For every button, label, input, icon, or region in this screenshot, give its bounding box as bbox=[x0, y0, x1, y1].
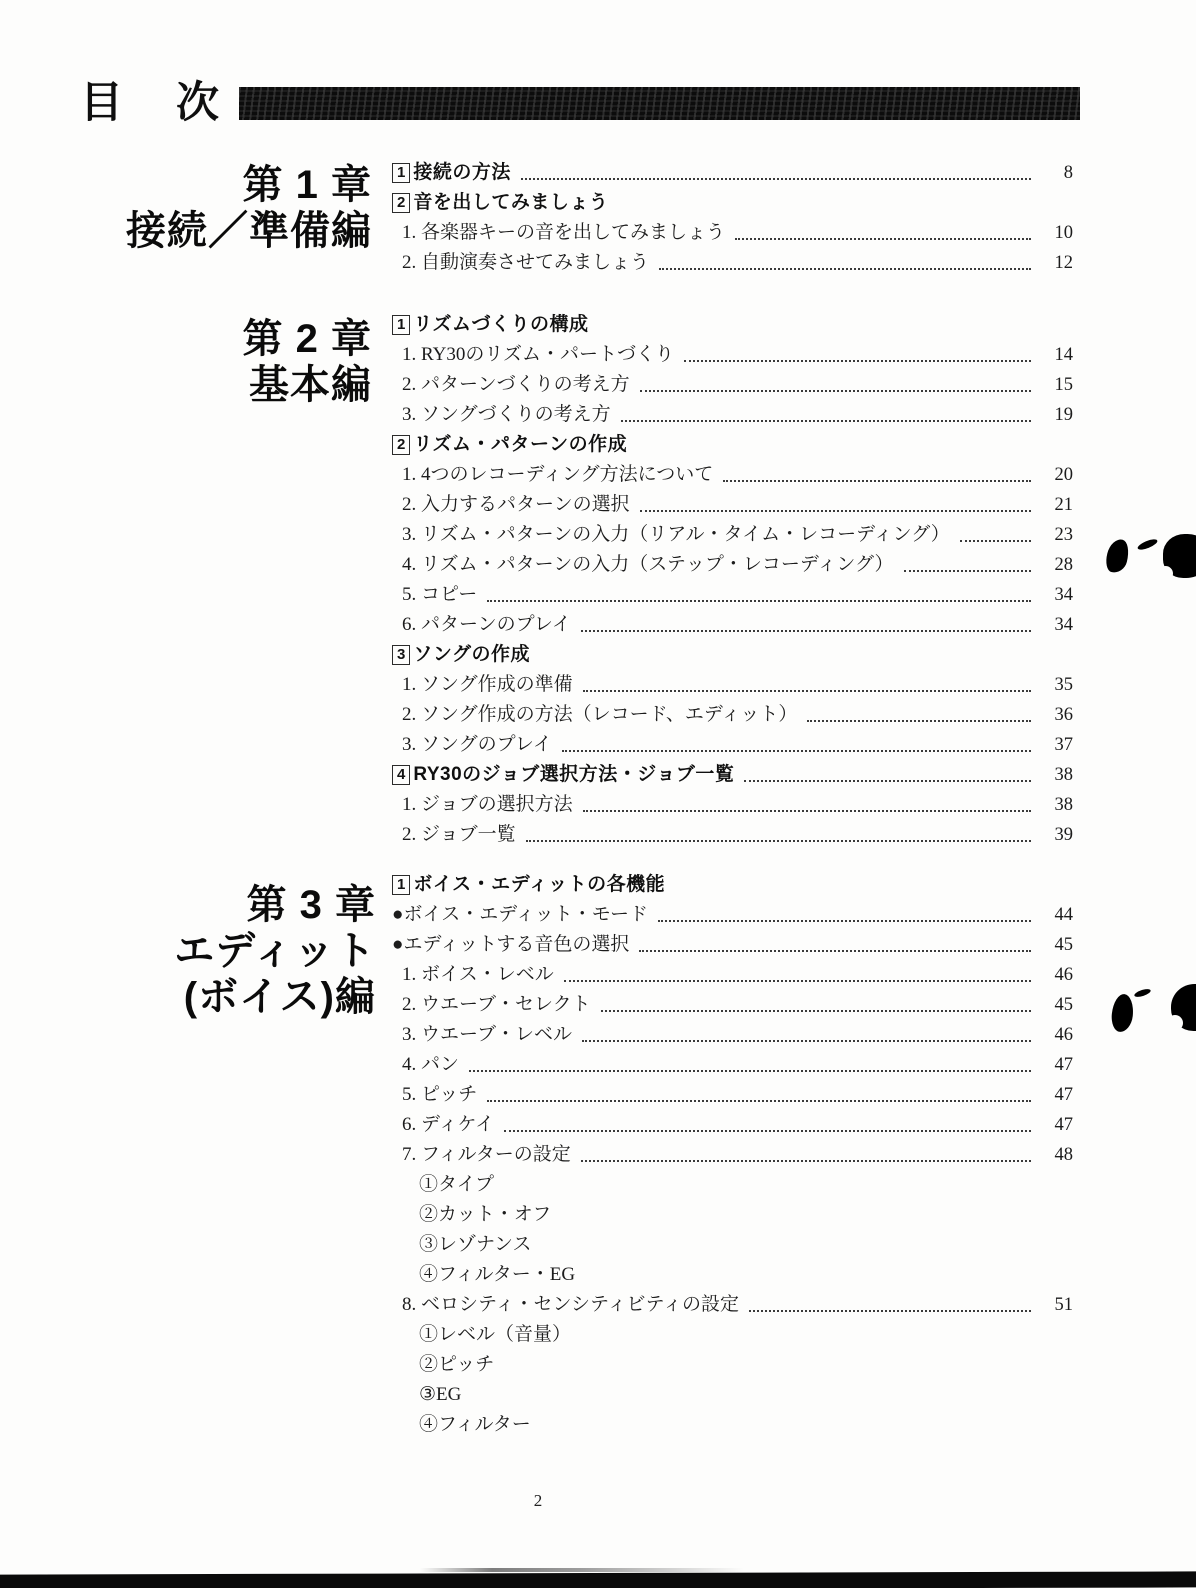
toc-entry: 1. 4つのレコーディング方法について 20 bbox=[392, 460, 1073, 490]
toc-subentry: ④フィルター・EG bbox=[392, 1260, 1073, 1290]
toc-entry-page: 23 bbox=[1037, 520, 1073, 550]
toc-entry-label: 8. ベロシティ・センシティビティの設定 bbox=[402, 1290, 739, 1320]
chapter1-heading-line1: 第 1 章 bbox=[126, 162, 372, 208]
toc-entry-page: 20 bbox=[1037, 460, 1073, 490]
toc-entry: ●エディットする音色の選択 45 bbox=[392, 930, 1073, 960]
scan-mark-artifact bbox=[1136, 537, 1158, 551]
toc-entry-page: 37 bbox=[1037, 730, 1073, 760]
toc-subentry: ③EG bbox=[392, 1380, 1073, 1410]
toc-entry-label: 2. ウエーブ・セレクト bbox=[402, 990, 591, 1020]
chapter2-heading-line1: 第 2 章 bbox=[243, 316, 372, 362]
chapter1-entries: 1 接続の方法 8 2 音を出してみましょう 1. 各楽器キーの音を出してみまし… bbox=[392, 158, 1073, 278]
chapter1-heading: 第 1 章 接続／準備編 bbox=[126, 162, 372, 254]
toc-entry-label: 5. コピー bbox=[402, 580, 477, 610]
toc-entry-label: 4. パン bbox=[402, 1050, 459, 1080]
dot-leader bbox=[807, 720, 1031, 722]
toc-entry-label: 音を出してみましょう bbox=[413, 188, 608, 218]
toc-entry-label: 3. ウエーブ・レベル bbox=[402, 1020, 572, 1050]
toc-entry: 1. ボイス・レベル 46 bbox=[392, 960, 1073, 990]
toc-entry-label: リズムづくりの構成 bbox=[413, 310, 588, 340]
dot-leader bbox=[640, 510, 1031, 512]
toc-entry-label: 3. リズム・パターンの入力（リアル・タイム・レコーディング） bbox=[402, 520, 950, 550]
dot-leader bbox=[744, 780, 1031, 782]
dot-leader bbox=[735, 238, 1031, 240]
scan-smudge bbox=[420, 1568, 780, 1572]
toc-subentry: ②カット・オフ bbox=[392, 1200, 1073, 1230]
toc-entry: 6. パターンのプレイ 34 bbox=[392, 610, 1073, 640]
page-number: 2 bbox=[518, 1491, 558, 1511]
toc-entry-label: リズム・パターンの作成 bbox=[413, 430, 627, 460]
toc-entry-page: 45 bbox=[1037, 990, 1073, 1020]
dot-leader bbox=[583, 810, 1031, 812]
toc-entry: 2. ソング作成の方法（レコード、エディット） 36 bbox=[392, 700, 1073, 730]
toc-entry-label: ②ピッチ bbox=[419, 1350, 494, 1380]
toc-entry-page: 44 bbox=[1037, 900, 1073, 930]
chapter2-heading-line2: 基本編 bbox=[243, 362, 372, 408]
toc-entry-label: 2. パターンづくりの考え方 bbox=[402, 370, 630, 400]
chapter3-heading-line3: (ボイス)編 bbox=[174, 974, 376, 1020]
dot-leader bbox=[521, 178, 1031, 180]
toc-entry: 1 ボイス・エディットの各機能 bbox=[392, 870, 1073, 900]
toc-entry: 1. ジョブの選択方法 38 bbox=[392, 790, 1073, 820]
toc-entry: 5. ピッチ 47 bbox=[392, 1080, 1073, 1110]
dot-leader bbox=[621, 420, 1031, 422]
toc-entry-page: 19 bbox=[1037, 400, 1073, 430]
toc-entry: 4. パン 47 bbox=[392, 1050, 1073, 1080]
chapter1-heading-line2: 接続／準備編 bbox=[126, 208, 372, 254]
dot-leader bbox=[583, 690, 1031, 692]
bottom-black-bar bbox=[0, 1571, 1196, 1588]
dot-leader bbox=[639, 950, 1031, 952]
scan-artifact-notch bbox=[1158, 566, 1173, 581]
chapter2-heading: 第 2 章 基本編 bbox=[243, 316, 372, 408]
toc-entry: 2. ジョブ一覧 39 bbox=[392, 820, 1073, 850]
toc-entry: 2 リズム・パターンの作成 bbox=[392, 430, 1073, 460]
dot-leader bbox=[562, 750, 1031, 752]
toc-entry-page: 48 bbox=[1037, 1140, 1073, 1170]
toc-entry-page: 46 bbox=[1037, 960, 1073, 990]
toc-entry: 2. ウエーブ・セレクト 45 bbox=[392, 990, 1073, 1020]
toc-entry-label: RY30のジョブ選択方法・ジョブ一覧 bbox=[413, 760, 734, 790]
toc-entry: 1. 各楽器キーの音を出してみましょう 10 bbox=[392, 218, 1073, 248]
toc-entry-page: 47 bbox=[1037, 1050, 1073, 1080]
toc-entry-label: ③レゾナンス bbox=[419, 1230, 531, 1260]
dot-leader bbox=[469, 1070, 1031, 1072]
toc-entry-page: 15 bbox=[1037, 370, 1073, 400]
scan-artifact-notch bbox=[1167, 1015, 1183, 1031]
toc-entry: 4 RY30のジョブ選択方法・ジョブ一覧 38 bbox=[392, 760, 1073, 790]
toc-entry-label: ①レベル（音量） bbox=[419, 1320, 571, 1350]
chapter3-heading-line2: エディット bbox=[174, 928, 376, 974]
dot-leader bbox=[658, 920, 1031, 922]
toc-entry-label: ④フィルター bbox=[419, 1410, 531, 1440]
toc-entry: 4. リズム・パターンの入力（ステップ・レコーディング） 28 bbox=[392, 550, 1073, 580]
header-black-bar bbox=[239, 87, 1080, 120]
chapter3-heading-line1: 第 3 章 bbox=[174, 882, 376, 928]
toc-subentry: ③レゾナンス bbox=[392, 1230, 1073, 1260]
toc-entry-page: 8 bbox=[1037, 158, 1073, 188]
dot-leader bbox=[659, 268, 1031, 270]
toc-entry-page: 51 bbox=[1037, 1290, 1073, 1320]
toc-entry: 2. パターンづくりの考え方 15 bbox=[392, 370, 1073, 400]
toc-entry-label: ●ボイス・エディット・モード bbox=[392, 900, 648, 930]
toc-entry-label: ●エディットする音色の選択 bbox=[392, 930, 629, 960]
toc-entry: 2. 自動演奏させてみましょう 12 bbox=[392, 248, 1073, 278]
chapter3-heading: 第 3 章 エディット (ボイス)編 bbox=[174, 882, 376, 1020]
toc-entry: 3. ソングづくりの考え方 19 bbox=[392, 400, 1073, 430]
toc-page: 目 次 第 1 章 接続／準備編 第 2 章 基本編 第 3 章 エディット (… bbox=[0, 0, 1196, 1588]
toc-entry-page: 39 bbox=[1037, 820, 1073, 850]
toc-entry-page: 14 bbox=[1037, 340, 1073, 370]
toc-entry: 1 接続の方法 8 bbox=[392, 158, 1073, 188]
toc-entry-label: ソングの作成 bbox=[413, 640, 530, 670]
toc-entry-label: 4. リズム・パターンの入力（ステップ・レコーディング） bbox=[402, 550, 894, 580]
toc-subentry: ②ピッチ bbox=[392, 1350, 1073, 1380]
page-title-char-2: 次 bbox=[176, 82, 219, 125]
toc-entry-label: 1. RY30のリズム・パートづくり bbox=[402, 340, 674, 370]
toc-entry-label: 2. ソング作成の方法（レコード、エディット） bbox=[402, 700, 797, 730]
toc-entry: 6. ディケイ 47 bbox=[392, 1110, 1073, 1140]
scan-mark-artifact bbox=[1133, 988, 1151, 999]
toc-entry-page: 34 bbox=[1037, 610, 1073, 640]
section-number-box: 1 bbox=[392, 163, 410, 183]
dot-leader bbox=[487, 600, 1031, 602]
dot-leader bbox=[960, 540, 1031, 542]
toc-entry-label: 2. 自動演奏させてみましょう bbox=[402, 248, 649, 278]
toc-entry: 3. リズム・パターンの入力（リアル・タイム・レコーディング） 23 bbox=[392, 520, 1073, 550]
toc-entry-page: 34 bbox=[1037, 580, 1073, 610]
toc-entry-page: 47 bbox=[1037, 1110, 1073, 1140]
section-number-box: 2 bbox=[392, 435, 410, 455]
toc-subentry: ①タイプ bbox=[392, 1170, 1073, 1200]
toc-entry-label: ボイス・エディットの各機能 bbox=[413, 870, 665, 900]
toc-entry-label: 1. ボイス・レベル bbox=[402, 960, 554, 990]
toc-entry: 2 音を出してみましょう bbox=[392, 188, 1073, 218]
dot-leader bbox=[564, 980, 1031, 982]
toc-subentry: ④フィルター bbox=[392, 1410, 1073, 1440]
page-title-char-1: 目 bbox=[80, 82, 123, 125]
toc-entry: 1 リズムづくりの構成 bbox=[392, 310, 1073, 340]
toc-entry-page: 45 bbox=[1037, 930, 1073, 960]
toc-entry: 3 ソングの作成 bbox=[392, 640, 1073, 670]
toc-entry: 5. コピー 34 bbox=[392, 580, 1073, 610]
toc-entry: ●ボイス・エディット・モード 44 bbox=[392, 900, 1073, 930]
chapter3-entries: 1 ボイス・エディットの各機能 ●ボイス・エディット・モード 44 ●エディット… bbox=[392, 870, 1073, 1440]
toc-subentry: ①レベル（音量） bbox=[392, 1320, 1073, 1350]
dot-leader bbox=[904, 570, 1031, 572]
section-number-box: 1 bbox=[392, 875, 410, 895]
toc-entry-page: 10 bbox=[1037, 218, 1073, 248]
chapter2-entries: 1 リズムづくりの構成 1. RY30のリズム・パートづくり 14 2. パター… bbox=[392, 310, 1073, 850]
toc-entry: 3. ソングのプレイ 37 bbox=[392, 730, 1073, 760]
toc-entry-label: ④フィルター・EG bbox=[419, 1260, 575, 1290]
toc-entry: 1. RY30のリズム・パートづくり 14 bbox=[392, 340, 1073, 370]
dot-leader bbox=[684, 360, 1031, 362]
dot-leader bbox=[582, 1040, 1031, 1042]
toc-entry: 2. 入力するパターンの選択 21 bbox=[392, 490, 1073, 520]
toc-entry-label: 5. ピッチ bbox=[402, 1080, 477, 1110]
toc-entry-label: 6. ディケイ bbox=[402, 1110, 494, 1140]
toc-entry-label: 6. パターンのプレイ bbox=[402, 610, 571, 640]
toc-entry-page: 36 bbox=[1037, 700, 1073, 730]
toc-entry-label: ③EG bbox=[419, 1380, 461, 1410]
toc-entry-label: 1. 4つのレコーディング方法について bbox=[402, 460, 713, 490]
dot-leader bbox=[601, 1010, 1031, 1012]
toc-entry-label: 接続の方法 bbox=[413, 158, 511, 188]
toc-entry-page: 28 bbox=[1037, 550, 1073, 580]
toc-entry-label: 1. ソング作成の準備 bbox=[402, 670, 573, 700]
dot-leader bbox=[581, 630, 1031, 632]
section-number-box: 3 bbox=[392, 645, 410, 665]
toc-entry-page: 12 bbox=[1037, 248, 1073, 278]
dot-leader bbox=[487, 1100, 1031, 1102]
toc-entry-label: 7. フィルターの設定 bbox=[402, 1140, 571, 1170]
dot-leader bbox=[749, 1310, 1031, 1312]
toc-entry-page: 38 bbox=[1037, 760, 1073, 790]
toc-entry-page: 38 bbox=[1037, 790, 1073, 820]
toc-entry-label: ①タイプ bbox=[419, 1170, 494, 1200]
toc-entry-page: 47 bbox=[1037, 1080, 1073, 1110]
toc-entry-page: 35 bbox=[1037, 670, 1073, 700]
toc-entry-label: 2. ジョブ一覧 bbox=[402, 820, 516, 850]
toc-entry: 7. フィルターの設定 48 bbox=[392, 1140, 1073, 1170]
dot-leader bbox=[526, 840, 1031, 842]
toc-entry: 3. ウエーブ・レベル 46 bbox=[392, 1020, 1073, 1050]
toc-entry-page: 46 bbox=[1037, 1020, 1073, 1050]
toc-entry-label: 3. ソングのプレイ bbox=[402, 730, 552, 760]
toc-entry-label: 2. 入力するパターンの選択 bbox=[402, 490, 630, 520]
toc-entry: 1. ソング作成の準備 35 bbox=[392, 670, 1073, 700]
toc-entry-label: 1. ジョブの選択方法 bbox=[402, 790, 573, 820]
toc-entry-label: ②カット・オフ bbox=[419, 1200, 551, 1230]
toc-entry-label: 1. 各楽器キーの音を出してみましょう bbox=[402, 218, 725, 248]
section-number-box: 2 bbox=[392, 193, 410, 213]
dot-leader bbox=[640, 390, 1031, 392]
section-number-box: 1 bbox=[392, 315, 410, 335]
binding-hole-artifact bbox=[1103, 537, 1132, 575]
toc-entry: 8. ベロシティ・センシティビティの設定 51 bbox=[392, 1290, 1073, 1320]
toc-entry-page: 21 bbox=[1037, 490, 1073, 520]
section-number-box: 4 bbox=[392, 765, 410, 785]
dot-leader bbox=[581, 1160, 1031, 1162]
toc-entry-label: 3. ソングづくりの考え方 bbox=[402, 400, 611, 430]
dot-leader bbox=[504, 1130, 1031, 1132]
dot-leader bbox=[723, 480, 1031, 482]
binding-hole-artifact bbox=[1110, 993, 1135, 1033]
